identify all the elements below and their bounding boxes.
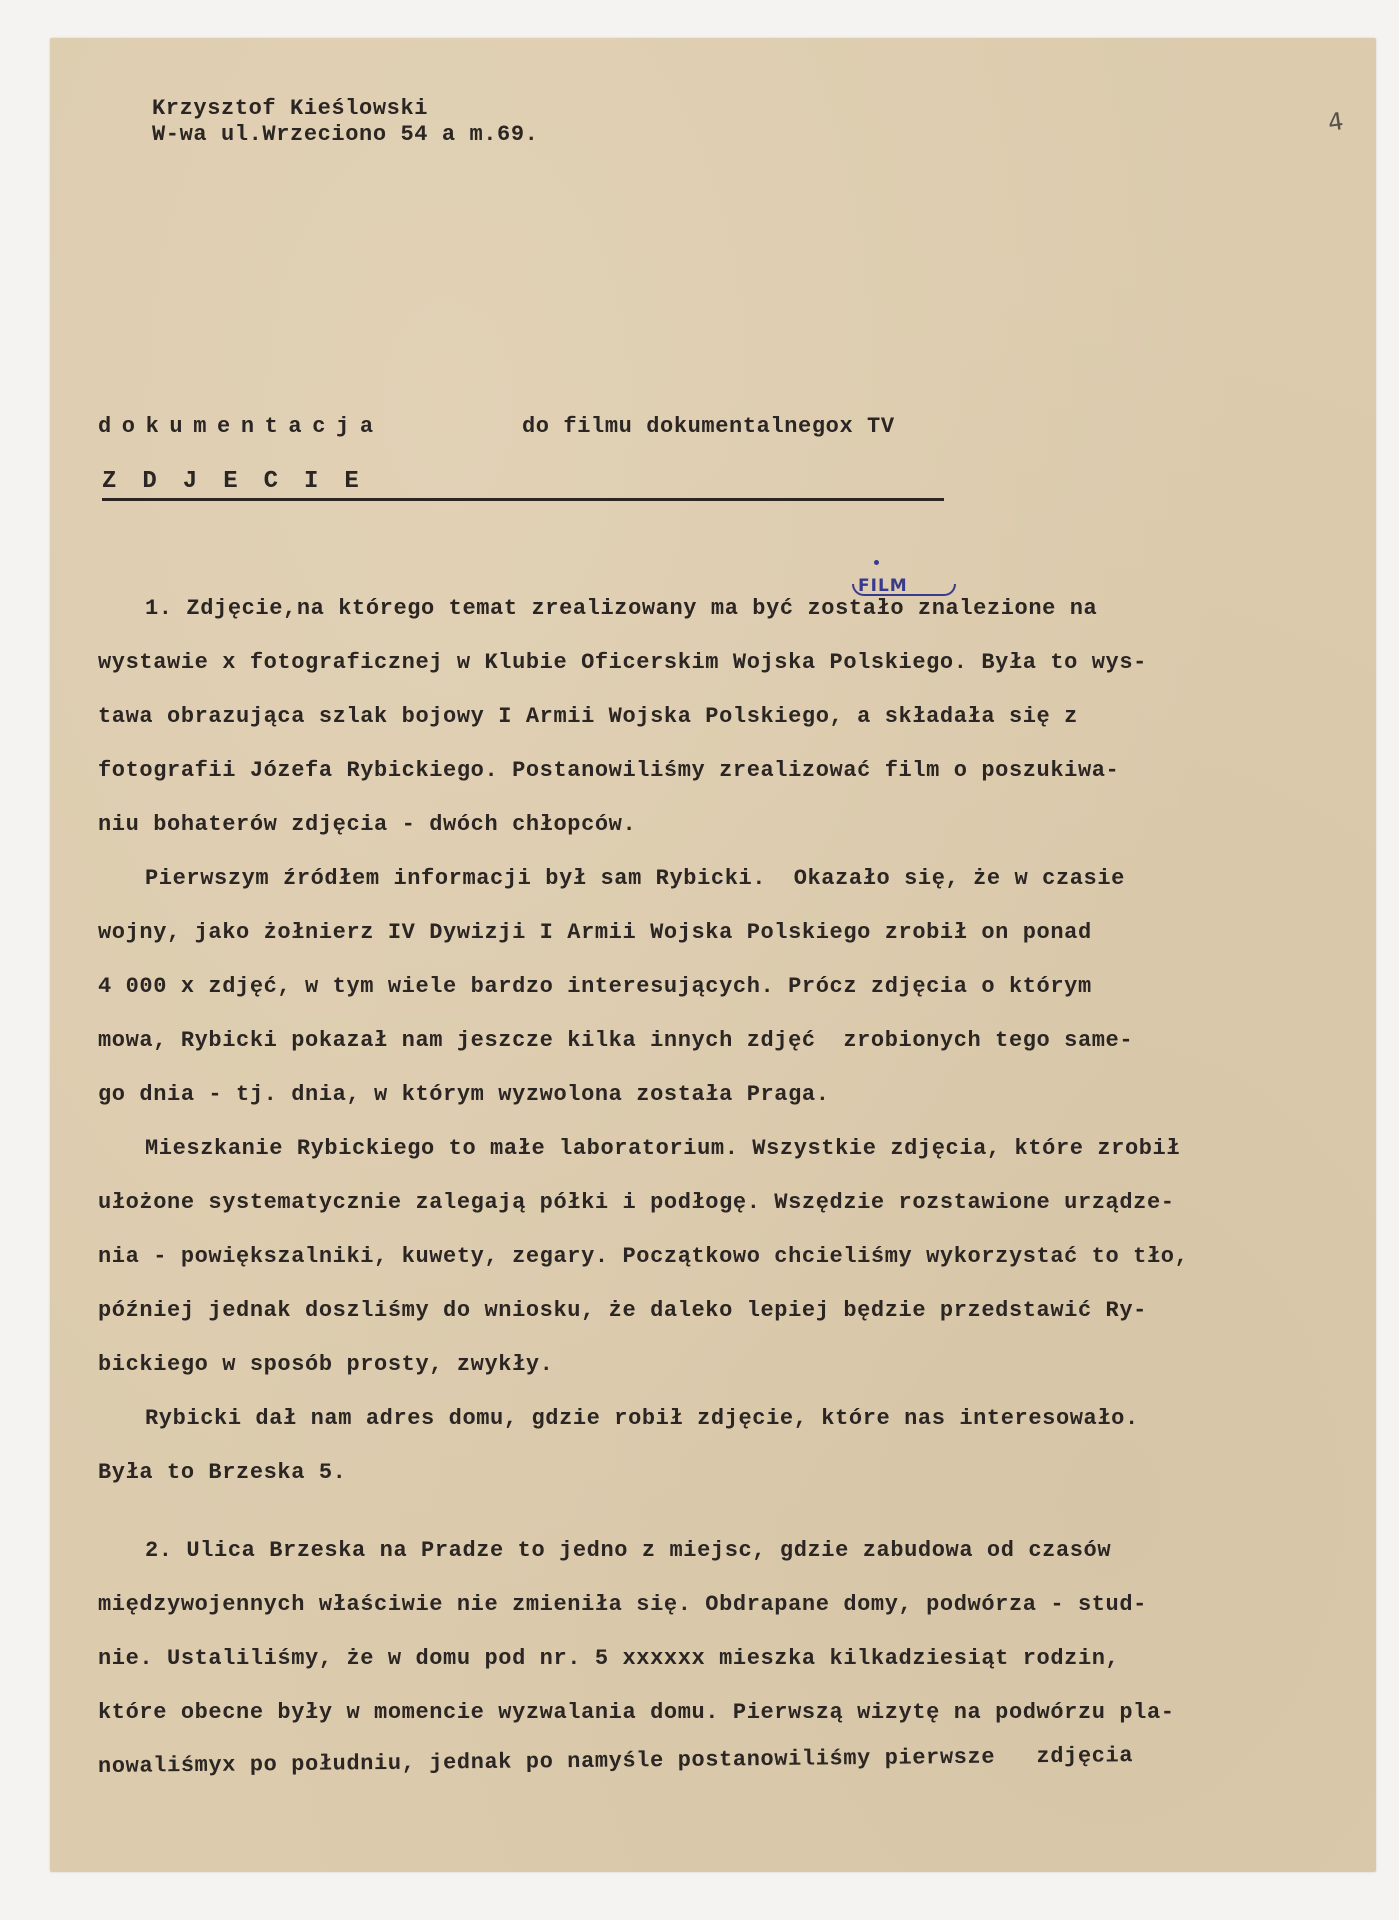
body-line: 1. Zdjęcie,na którego temat zrealizowany… — [145, 596, 1097, 621]
document-type: dokumentacja — [98, 414, 384, 439]
body-line: Była to Brzeska 5. — [98, 1460, 346, 1485]
body-line: bickiego w sposób prosty, zwykły. — [98, 1352, 553, 1377]
title-underline: ZDJECIE — [102, 466, 944, 501]
body-line: nia - powiększalniki, kuwety, zegary. Po… — [98, 1244, 1188, 1269]
body-line: międzywojennych właściwie nie zmieniła s… — [98, 1592, 1147, 1617]
document-page: 4 Krzysztof Kieślowski W-wa ul.Wrzeciono… — [50, 38, 1376, 1872]
body-line: Pierwszym źródłem informacji był sam Ryb… — [145, 866, 1125, 891]
body-line: nie. Ustaliliśmy, że w domu pod nr. 5 xx… — [98, 1646, 1119, 1671]
handwritten-annotation: FILM — [858, 576, 908, 596]
document-title: ZDJECIE — [102, 468, 385, 495]
body-line: które obecne były w momencie wyzwalania … — [98, 1700, 1175, 1725]
body-line: ułożone systematycznie zalegają półki i … — [98, 1190, 1175, 1215]
body-line: później jednak doszliśmy do wniosku, że … — [98, 1298, 1147, 1323]
body-line: fotografii Józefa Rybickiego. Postanowil… — [98, 758, 1119, 783]
ink-dot — [874, 560, 879, 565]
body-line: niu bohaterów zdjęcia - dwóch chłopców. — [98, 812, 636, 837]
body-line: wystawie x fotograficznej w Klubie Ofice… — [98, 650, 1147, 675]
author-name: Krzysztof Kieślowski — [152, 96, 428, 121]
body-line: mowa, Rybicki pokazał nam jeszcze kilka … — [98, 1028, 1133, 1053]
body-line: 4 000 x zdjęć, w tym wiele bardzo intere… — [98, 974, 1092, 999]
author-address: W-wa ul.Wrzeciono 54 a m.69. — [152, 122, 538, 147]
body-line: Mieszkanie Rybickiego to małe laboratori… — [145, 1136, 1180, 1161]
document-description: do filmu dokumentalnegoх TV — [522, 414, 895, 439]
body-line: tawa obrazująca szlak bojowy I Armii Woj… — [98, 704, 1078, 729]
body-line: Rybicki dał nam adres domu, gdzie robił … — [145, 1406, 1139, 1431]
body-line: 2. Ulica Brzeska na Pradze to jedno z mi… — [145, 1538, 1111, 1563]
body-line: go dnia - tj. dnia, w którym wyzwolona z… — [98, 1082, 830, 1107]
page-number-mark: 4 — [1326, 107, 1345, 137]
insertion-brace — [852, 584, 956, 596]
body-line: wojny, jako żołnierz IV Dywizji I Armii … — [98, 920, 1092, 945]
body-line: nowaliśmyx po południu, jednak po namyśl… — [98, 1743, 1133, 1779]
